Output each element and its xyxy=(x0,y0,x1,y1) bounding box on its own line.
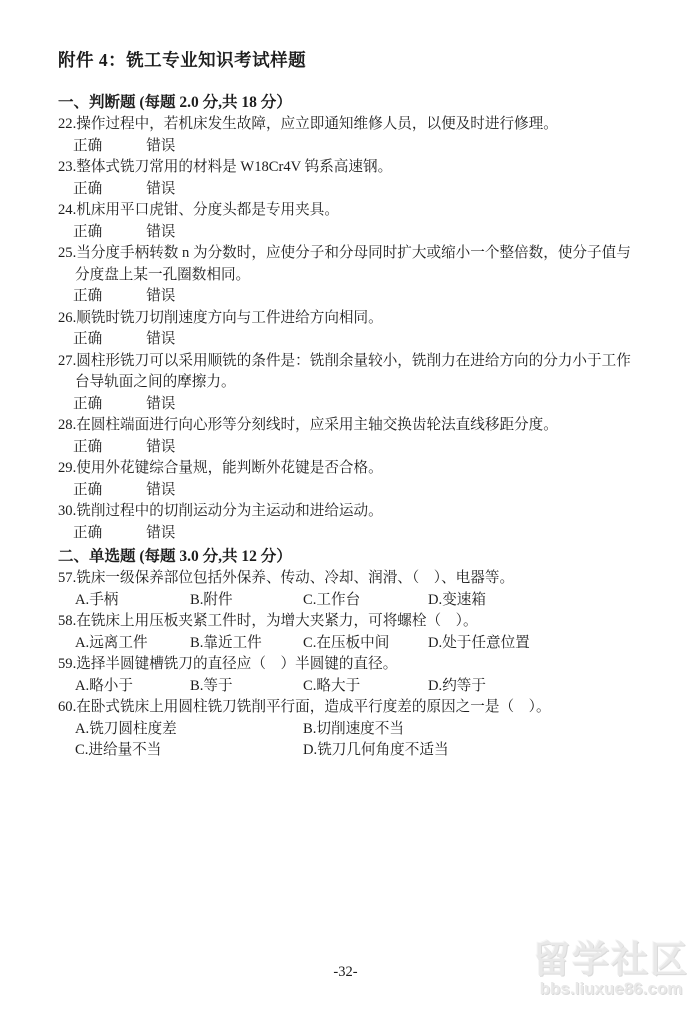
answer-option: 正确 xyxy=(73,224,102,240)
answer-options: A.铣刀圆柱度差B.切削速度不当C.进给量不当D.铣刀几何角度不适当 xyxy=(58,719,640,762)
question-text: 58.在铣床上用压板夹紧工件时，为增大夹紧力，可将螺栓（ ）。 xyxy=(58,611,640,633)
answer-option: B.切削速度不当 xyxy=(303,719,640,741)
question-text: 28.在圆柱端面进行向心形等分刻线时，应采用主轴交换齿轮法直线移距分度。 xyxy=(58,415,640,437)
answer-option: C.在压板中间 xyxy=(303,633,428,655)
answer-options: A.手柄B.附件C.工作台D.变速箱 xyxy=(58,590,640,612)
answer-option: 错误 xyxy=(146,138,175,154)
answer-option: D.处于任意位置 xyxy=(428,633,640,655)
answer-option: C.略大于 xyxy=(303,676,428,698)
answer-option: 错误 xyxy=(146,181,175,197)
answer-option: A.远离工件 xyxy=(75,633,190,655)
answer-option: B.等于 xyxy=(190,676,303,698)
answer-option: 正确 xyxy=(73,482,102,498)
answer-option: 正确 xyxy=(73,331,102,347)
answer-option: 错误 xyxy=(146,525,175,541)
question-sections: 一、判断题 (每题 2.0 分,共 18 分）22.操作过程中，若机床发生故障，… xyxy=(58,92,640,762)
answer-option: 正确 xyxy=(73,439,102,455)
answer-option: A.铣刀圆柱度差 xyxy=(75,719,303,741)
answer-option: 正确 xyxy=(73,138,102,154)
answer-option: D.铣刀几何角度不适当 xyxy=(303,740,640,762)
answer-option: A.略小于 xyxy=(75,676,190,698)
answer-options: 正确错误 xyxy=(58,480,640,502)
answer-options: A.远离工件B.靠近工件C.在压板中间D.处于任意位置 xyxy=(58,633,640,655)
answer-options: 正确错误 xyxy=(58,222,640,244)
question-text: 26.顺铣时铣刀切削速度方向与工件进给方向相同。 xyxy=(58,308,640,330)
question-text: 23.整体式铣刀常用的材料是 W18Cr4V 钨系高速钢。 xyxy=(58,157,640,179)
answer-options: 正确错误 xyxy=(58,136,640,158)
answer-option: 正确 xyxy=(73,181,102,197)
question-text: 29.使用外花键综合量规，能判断外花键是否合格。 xyxy=(58,458,640,480)
answer-option: 正确 xyxy=(73,396,102,412)
answer-options: 正确错误 xyxy=(58,523,640,545)
question-text: 24.机床用平口虎钳、分度头都是专用夹具。 xyxy=(58,200,640,222)
answer-option: A.手柄 xyxy=(75,590,190,612)
question-text: 59.选择半圆键槽铣刀的直径应（ ）半圆键的直径。 xyxy=(58,654,640,676)
answer-option: 正确 xyxy=(73,288,102,304)
section-heading: 一、判断题 (每题 2.0 分,共 18 分） xyxy=(58,92,640,114)
answer-options: 正确错误 xyxy=(58,286,640,308)
page-title: 附件 4：铣工专业知识考试样题 xyxy=(58,48,640,72)
answer-option: B.附件 xyxy=(190,590,303,612)
answer-option: C.工作台 xyxy=(303,590,428,612)
answer-option: 错误 xyxy=(146,331,175,347)
answer-option: 错误 xyxy=(146,396,175,412)
answer-option: D.约等于 xyxy=(428,676,640,698)
answer-option: C.进给量不当 xyxy=(75,740,303,762)
section-1: 一、判断题 (每题 2.0 分,共 18 分）22.操作过程中，若机床发生故障，… xyxy=(58,92,640,544)
answer-option: 错误 xyxy=(146,288,175,304)
answer-option: 错误 xyxy=(146,439,175,455)
watermark-site-url: bbs.liuxue86.com xyxy=(533,980,689,997)
answer-options: 正确错误 xyxy=(58,437,640,459)
question-text: 25.当分度手柄转数 n 为分数时，应使分子和分母同时扩大或缩小一个整倍数，使分… xyxy=(58,243,640,286)
watermark-site-name: 留学社区 xyxy=(533,942,689,979)
answer-options: A.略小于B.等于C.略大于D.约等于 xyxy=(58,676,640,698)
answer-option: 正确 xyxy=(73,525,102,541)
watermark: 留学社区 bbs.liuxue86.com xyxy=(533,942,689,997)
answer-option: D.变速箱 xyxy=(428,590,640,612)
question-text: 60.在卧式铣床上用圆柱铣刀铣削平行面，造成平行度差的原因之一是（ ）。 xyxy=(58,697,640,719)
answer-options: 正确错误 xyxy=(58,394,640,416)
answer-option: 错误 xyxy=(146,224,175,240)
question-text: 27.圆柱形铣刀可以采用顺铣的条件是：铣削余量较小，铣削力在进给方向的分力小于工… xyxy=(58,351,640,394)
document-page: 附件 4：铣工专业知识考试样题 一、判断题 (每题 2.0 分,共 18 分）2… xyxy=(58,48,640,762)
answer-options: 正确错误 xyxy=(58,179,640,201)
section-2: 二、单选题 (每题 3.0 分,共 12 分）57.铣床一级保养部位包括外保养、… xyxy=(58,546,640,762)
answer-options: 正确错误 xyxy=(58,329,640,351)
question-text: 30.铣削过程中的切削运动分为主运动和进给运动。 xyxy=(58,501,640,523)
section-heading: 二、单选题 (每题 3.0 分,共 12 分） xyxy=(58,546,640,568)
question-text: 22.操作过程中，若机床发生故障，应立即通知维修人员，以便及时进行修理。 xyxy=(58,114,640,136)
question-text: 57.铣床一级保养部位包括外保养、传动、冷却、润滑、（ ）、电器等。 xyxy=(58,568,640,590)
answer-option: 错误 xyxy=(146,482,175,498)
answer-option: B.靠近工件 xyxy=(190,633,303,655)
